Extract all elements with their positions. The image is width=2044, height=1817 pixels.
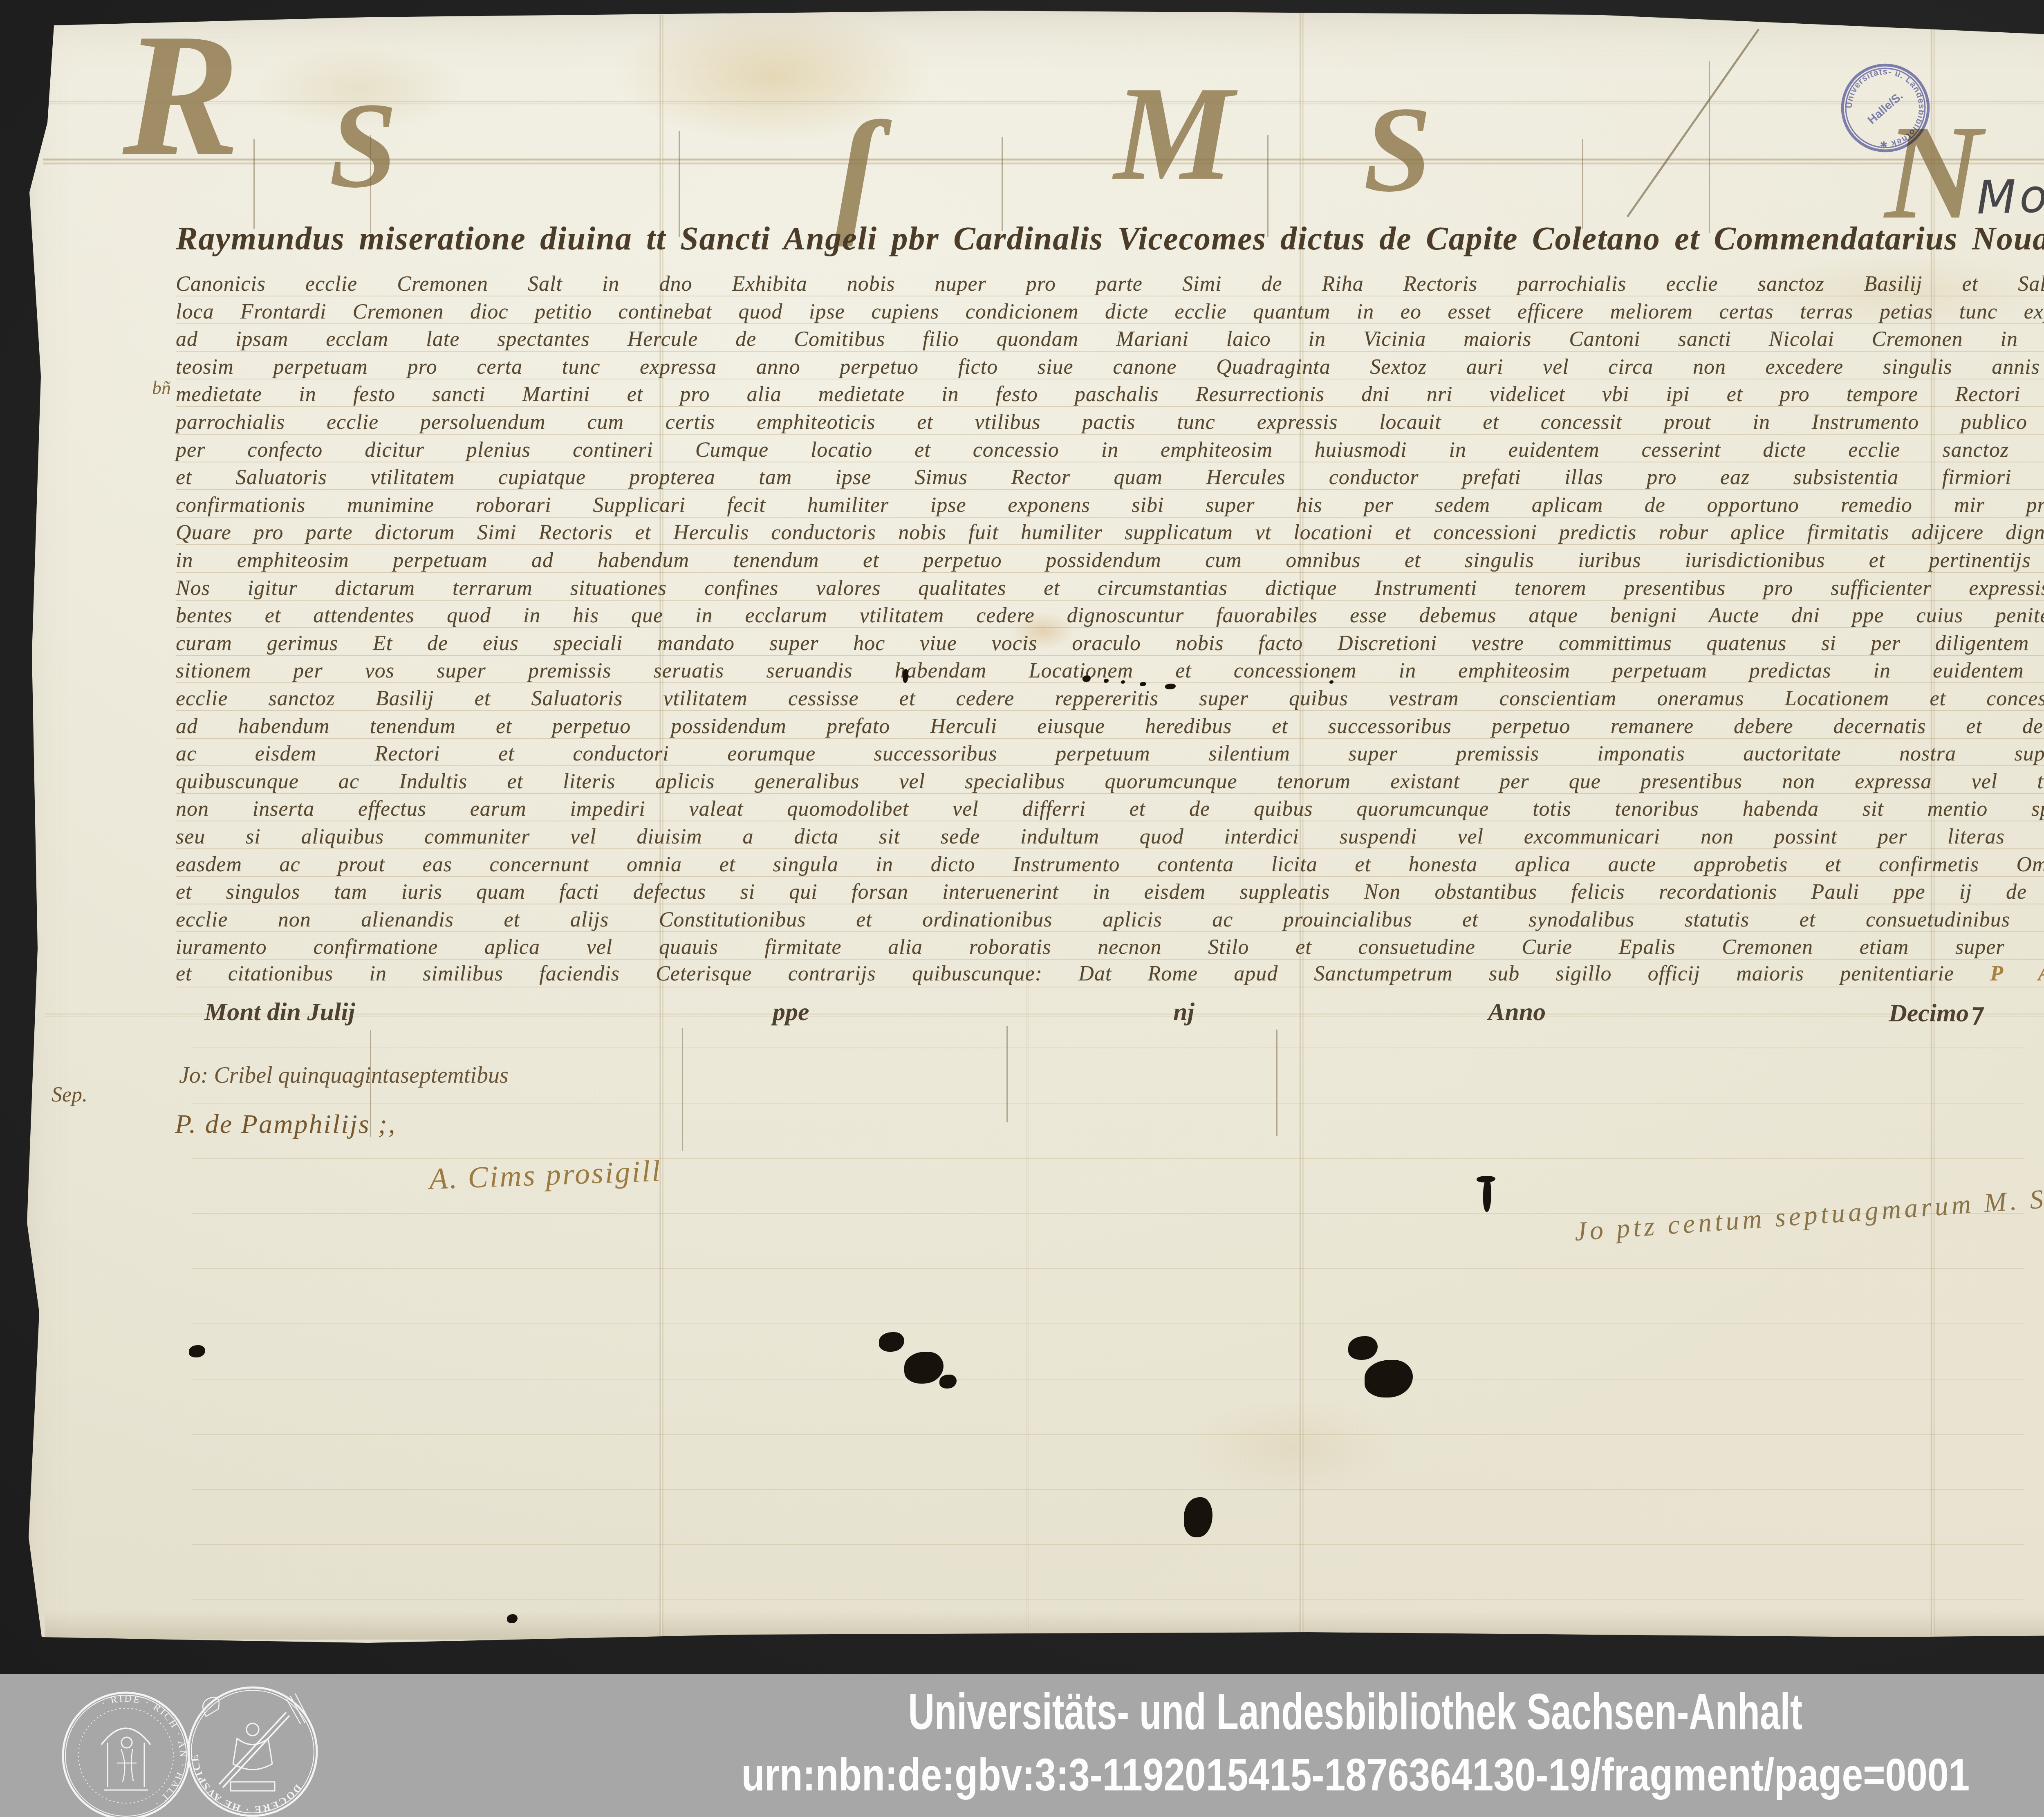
manuscript-line: ad habendum tenendum et perpetuo posside… bbox=[176, 714, 2044, 739]
ink-blot bbox=[507, 1614, 518, 1623]
manuscript-line: per confecto dicitur plenius contineri C… bbox=[176, 438, 2044, 462]
footer-library-line: Universitäts- und Landesbibliothek Sachs… bbox=[0, 1683, 2044, 1741]
manuscript-line: loca Frontardi Cremonen dioc petitio con… bbox=[176, 300, 2044, 324]
stamp-center-text: Halle/S. bbox=[1865, 89, 1906, 127]
manuscript-line: ac eisdem Rectori et conductori eorumque… bbox=[176, 742, 2044, 766]
pen-ascender bbox=[1709, 61, 1710, 233]
fold-crease bbox=[1026, 940, 1029, 1631]
manuscript-line: confirmationis munimine roborari Supplic… bbox=[176, 493, 2044, 518]
ink-blot bbox=[939, 1375, 957, 1389]
pen-ascender bbox=[1002, 137, 1003, 231]
ruled-line bbox=[192, 1434, 2024, 1435]
display-capital: R bbox=[123, 25, 240, 165]
ruled-line bbox=[192, 1489, 2024, 1490]
ruled-line bbox=[192, 1599, 2024, 1600]
ink-blot bbox=[1184, 1497, 1213, 1537]
dateline-word: Mont din Julij bbox=[204, 998, 355, 1027]
ink-blot bbox=[1348, 1336, 1378, 1360]
ruled-line bbox=[176, 987, 2044, 987]
manuscript-line: ad ipsam ecclam late spectantes Hercule … bbox=[176, 327, 2044, 352]
manuscript-line: parrochialis ecclie persoluendum cum cer… bbox=[176, 410, 2044, 435]
parchment-stain bbox=[1186, 1398, 1398, 1496]
ruled-line bbox=[192, 1544, 2024, 1545]
manuscript-line: quibuscunque ac Indultis et literis apli… bbox=[176, 769, 2044, 794]
display-capital: S bbox=[329, 96, 397, 194]
ink-blot bbox=[879, 1332, 904, 1352]
pen-descender bbox=[1006, 1026, 1008, 1122]
signature-pamphilis: P. de Pamphilijs ;, bbox=[175, 1109, 397, 1140]
display-capital: M bbox=[1114, 80, 1234, 188]
manuscript-line: easdem ac prout eas concernunt omnia et … bbox=[176, 852, 2044, 877]
manuscript-line: medietate in festo sancti Martini et pro… bbox=[176, 382, 2044, 407]
ink-blot bbox=[904, 1352, 944, 1384]
parchment-stain bbox=[613, 8, 932, 143]
ruled-line bbox=[192, 1379, 2024, 1380]
manuscript-line: in emphiteosim perpetuam ad habendum ten… bbox=[176, 548, 2044, 573]
parchment-sheet: RSſMSN Raymundus miseratione diuina tt S… bbox=[0, 0, 2044, 1817]
pen-descender bbox=[682, 1028, 683, 1151]
manuscript-line: ecclie sanctoz Basilij et Saluatoris vti… bbox=[176, 686, 2044, 711]
manuscript-line: teosim perpetuam pro certa tunc expressa… bbox=[176, 355, 2044, 379]
manuscript-line: Canonicis ecclie Cremonen Salt in dno Ex… bbox=[176, 272, 2044, 296]
manuscript-line: iuramento confirmatione aplica vel quaui… bbox=[176, 935, 2044, 960]
library-stamp: Universitäts- u. Landesbibliothek ✱ Hall… bbox=[1833, 55, 1938, 161]
footer-urn-line: urn:nbn:de:gbv:3:3-1192015415-1876364130… bbox=[0, 1748, 2044, 1801]
ruled-line bbox=[192, 1323, 2024, 1324]
ruled-line bbox=[192, 1103, 2024, 1104]
display-capital: S bbox=[1363, 100, 1432, 198]
signature-right: Jo ptz centum septuagmarum M. Sezer bbox=[1573, 1180, 2044, 1247]
manuscript-opening-line: Raymundus miseratione diuina tt Sancti A… bbox=[176, 221, 2044, 257]
manuscript-line: et Saluatoris vtilitatem cupiatque propt… bbox=[176, 465, 2044, 490]
signature-cims: A. Cims prosigill bbox=[429, 1154, 663, 1197]
ruled-line bbox=[192, 1268, 2024, 1269]
manuscript-line: sitionem per vos super premissis seruati… bbox=[176, 659, 2044, 683]
manuscript-line: ecclie non alienandis et alijs Constitut… bbox=[176, 908, 2044, 932]
display-capital: ſ bbox=[834, 114, 880, 226]
closing-text: et citationibus in similibus faciendis C… bbox=[176, 962, 1990, 985]
pencil-shelfmark-note: Morbio 26 (2) bbox=[1976, 162, 2044, 224]
ink-blot bbox=[1483, 1178, 1491, 1212]
signature-jo-cribel: Jo: Cribel quinquagintaseptemtibus bbox=[179, 1062, 509, 1088]
footer-bar: · RIDE · RICH · AN · HALT · DOCERE · HE … bbox=[0, 1674, 2044, 1817]
closing-gold-text: P Augusti bbox=[1990, 962, 2044, 985]
manuscript-closing-line: et citationibus in similibus faciendis C… bbox=[176, 962, 2044, 986]
manuscript-line: bentes et attendentes quod in his que in… bbox=[176, 603, 2044, 628]
dateline-word: Anno bbox=[1488, 998, 1546, 1027]
manuscript-line: Quare pro parte dictorum Simi Rectoris e… bbox=[176, 520, 2044, 545]
pen-descender bbox=[1276, 1030, 1277, 1136]
margin-note-bn: bñ bbox=[152, 377, 171, 399]
margin-note-sep: Sep. bbox=[52, 1083, 87, 1107]
ruled-line bbox=[192, 1048, 2024, 1048]
dateline-word: Decimo⁊ bbox=[1889, 998, 1981, 1028]
pen-ascender bbox=[1582, 139, 1583, 229]
manuscript-line: seu si aliquibus communiter vel diuisim … bbox=[176, 825, 2044, 849]
ink-blot bbox=[1365, 1360, 1413, 1398]
pen-flourish bbox=[1627, 29, 1759, 218]
library-stamp-icon: Universitäts- u. Landesbibliothek ✱ Hall… bbox=[1833, 55, 1938, 161]
manuscript-line: curam gerimus Et de eius speciali mandat… bbox=[176, 631, 2044, 656]
dateline-word: ppe bbox=[773, 998, 809, 1027]
digitized-manuscript-scan: RSſMSN Raymundus miseratione diuina tt S… bbox=[0, 0, 2044, 1817]
ink-blot bbox=[1477, 1176, 1495, 1182]
manuscript-line: non inserta effectus earum impediri vale… bbox=[176, 797, 2044, 821]
pen-ascender bbox=[253, 139, 255, 229]
ruled-line bbox=[192, 1158, 2024, 1159]
manuscript-line: Nos igitur dictarum terrarum situationes… bbox=[176, 576, 2044, 601]
manuscript-line: et singulos tam iuris quam facti defectu… bbox=[176, 880, 2044, 904]
parchment-shadow-band bbox=[45, 1611, 2044, 1640]
ink-blot bbox=[189, 1345, 205, 1357]
dateline-word: nj bbox=[1173, 998, 1195, 1027]
